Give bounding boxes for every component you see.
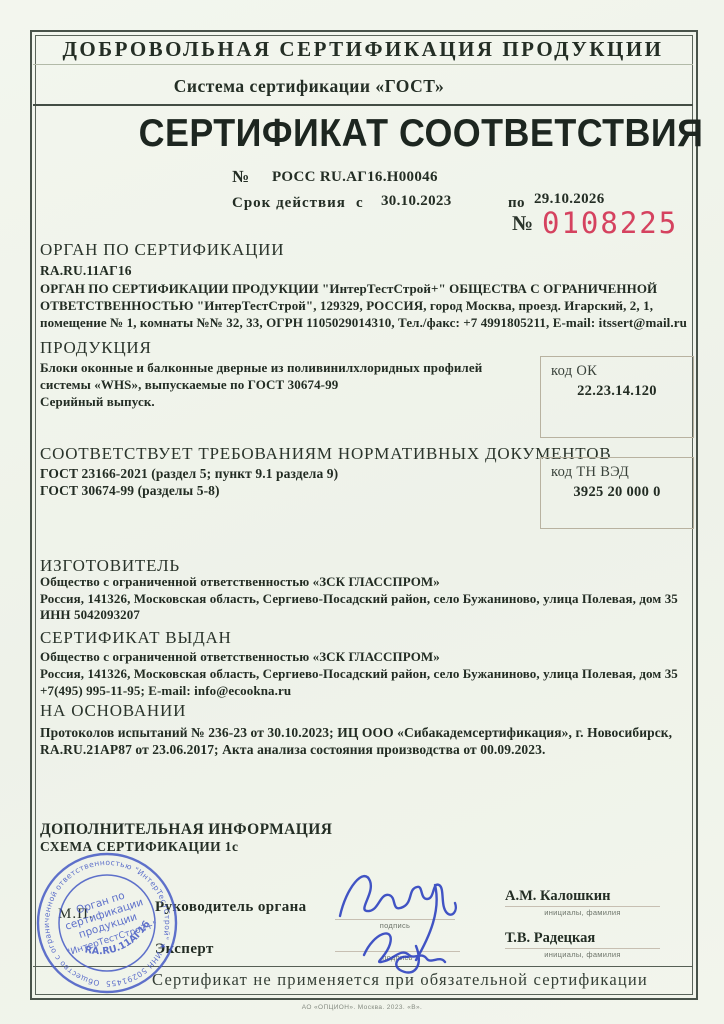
issued-to-line3: +7(495) 995-11-95; E-mail: info@ecookna.… bbox=[40, 682, 670, 699]
basis-line1: Протоколов испытаний № 236-23 от 30.10.2… bbox=[40, 724, 670, 741]
compliance-line2: ГОСТ 30674-99 (разделы 5-8) bbox=[40, 482, 530, 499]
additional-info-heading: ДОПОЛНИТЕЛЬНАЯ ИНФОРМАЦИЯ bbox=[40, 821, 332, 839]
reg-number-sign: № bbox=[232, 167, 249, 187]
manufacturer-heading: ИЗГОТОВИТЕЛЬ bbox=[40, 556, 180, 576]
product-line2: системы «WHS», выпускаемые по ГОСТ 30674… bbox=[40, 376, 530, 393]
round-stamp: Общество с ограниченной ответственностью… bbox=[32, 848, 182, 998]
product-line1: Блоки оконные и балконные дверные из пол… bbox=[40, 359, 530, 376]
basis-line2: RA.RU.21АР87 от 23.06.2017; Акта анализа… bbox=[40, 741, 670, 758]
validity-from-date: 30.10.2023 bbox=[381, 193, 452, 210]
reg-number-value: РОСС RU.АГ16.Н00046 bbox=[272, 169, 438, 186]
compliance-line1: ГОСТ 23166-2021 (раздел 5; пункт 9.1 раз… bbox=[40, 465, 530, 482]
issued-to-line2: Россия, 141326, Московская область, Серг… bbox=[40, 665, 670, 682]
cert-body-line1: ОРГАН ПО СЕРТИФИКАЦИИ ПРОДУКЦИИ "ИнтерТе… bbox=[40, 280, 670, 297]
basis-heading: НА ОСНОВАНИИ bbox=[40, 701, 186, 721]
issued-to-heading: СЕРТИФИКАТ ВЫДАН bbox=[40, 628, 232, 648]
cert-body-line3: помещение № 1, комнаты №№ 32, 33, ОГРН 1… bbox=[40, 314, 670, 331]
cert-body-heading: ОРГАН ПО СЕРТИФИКАЦИИ bbox=[40, 240, 284, 260]
code-tnved-value: 3925 20 000 0 bbox=[541, 484, 693, 501]
cert-body-attestate: RA.RU.11АГ16 bbox=[40, 262, 132, 279]
expert-name-line bbox=[505, 932, 660, 949]
head-name-line bbox=[505, 890, 660, 907]
code-ok-box: код ОК 22.23.14.120 bbox=[540, 356, 694, 438]
signatures-graphic bbox=[328, 856, 473, 976]
document-title: ДОБРОВОЛЬНАЯ СЕРТИФИКАЦИЯ ПРОДУКЦИИ bbox=[34, 37, 692, 62]
manufacturer-line2: Россия, 141326, Московская область, Серг… bbox=[40, 591, 670, 608]
code-tnved-box: код ТН ВЭД 3925 20 000 0 bbox=[540, 457, 694, 529]
stamp-graphic: Общество с ограниченной ответственностью… bbox=[32, 848, 182, 998]
divider-2 bbox=[33, 104, 693, 106]
divider-1 bbox=[33, 64, 693, 65]
cert-body-line2: ОТВЕТСТВЕННОСТЬЮ "ИнтерТестСтрой", 12932… bbox=[40, 297, 670, 314]
compliance-heading: СООТВЕТСТВУЕТ ТРЕБОВАНИЯМ НОРМАТИВНЫХ ДО… bbox=[40, 444, 611, 464]
head-name-caption: инициалы, фамилия bbox=[505, 908, 660, 917]
handwritten-signatures bbox=[328, 856, 473, 976]
code-ok-label: код ОК bbox=[541, 357, 693, 380]
validity-from-label: с bbox=[356, 195, 363, 212]
expert-name-caption: инициалы, фамилия bbox=[505, 950, 660, 959]
blank-serial-sign: № bbox=[512, 211, 533, 236]
validity-label: Срок действия bbox=[232, 195, 346, 212]
issued-to-line1: Общество с ограниченной ответственностью… bbox=[40, 648, 670, 665]
blank-serial-number: 0108225 bbox=[542, 206, 678, 240]
code-tnved-label: код ТН ВЭД bbox=[541, 458, 693, 481]
certificate-main-title: СЕРТИФИКАТ СООТВЕТСТВИЯ bbox=[118, 112, 723, 156]
product-line3: Серийный выпуск. bbox=[40, 393, 530, 410]
print-shop-info: АО «ОПЦИОН». Москва. 2023. «В». bbox=[0, 1004, 724, 1011]
certification-system-subtitle: Система сертификации «ГОСТ» bbox=[0, 76, 638, 97]
code-ok-value: 22.23.14.120 bbox=[541, 383, 693, 400]
manufacturer-line3: ИНН 5042093207 bbox=[40, 607, 670, 624]
manufacturer-line1: Общество с ограниченной ответственностью… bbox=[40, 574, 670, 591]
validity-to-label: по bbox=[508, 195, 525, 212]
certificate-page: ДОБРОВОЛЬНАЯ СЕРТИФИКАЦИЯ ПРОДУКЦИИ Сист… bbox=[0, 0, 724, 1024]
product-heading: ПРОДУКЦИЯ bbox=[40, 338, 152, 358]
